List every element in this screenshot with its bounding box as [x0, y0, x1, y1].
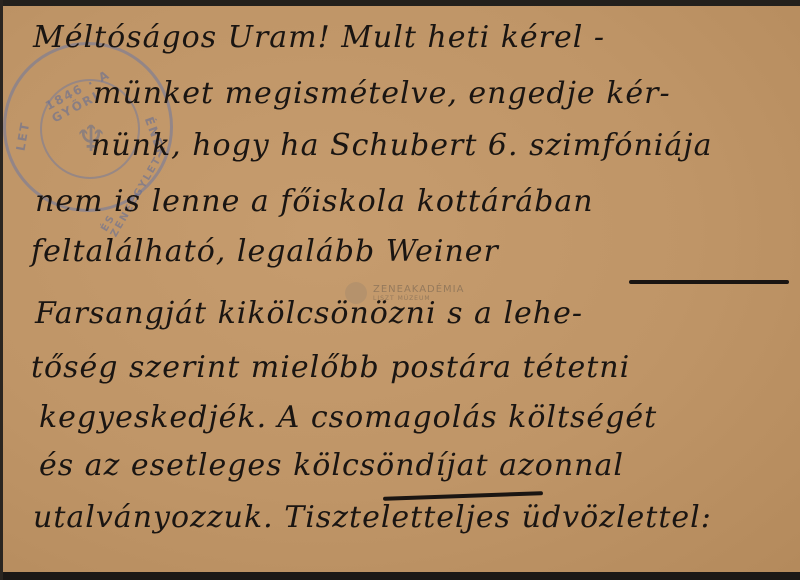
text-line-1: Méltóságos Uram! Mult heti kérel - [33, 20, 605, 55]
scan-border-top [0, 0, 800, 6]
underline-weiner [629, 280, 789, 284]
text-line-5: feltalálható, legalább Weiner [31, 234, 499, 269]
scan-border-bottom [0, 572, 800, 580]
text-line-2: münket megismételve, engedje kér- [93, 76, 671, 111]
watermark-title: ZENEAKADÉMIA [373, 284, 464, 295]
text-line-6: Farsangját kikölcsönözni s a lehe- [35, 296, 583, 331]
text-line-7: tőség szerint mielőbb postára tétetni [31, 350, 630, 385]
text-line-4: nem is lenne a főiskola kottárában [35, 184, 594, 219]
text-line-8: kegyeskedjék. A csomagolás költségét [39, 400, 657, 435]
text-line-9: és az esetleges kölcsöndíjat azonnal [39, 448, 624, 483]
text-line-10: utalványozzuk. Tiszteletteljes üdvözlett… [33, 500, 712, 535]
stamp-text-left: LET [14, 120, 33, 152]
postcard: 1846 · A GYŐRI ÉNEK ÉS ZENEEGYLET LET ♆ … [3, 6, 800, 572]
scan-border-left [0, 0, 3, 580]
text-line-3: nünk, hogy ha Schubert 6. szimfóniája [91, 128, 712, 163]
